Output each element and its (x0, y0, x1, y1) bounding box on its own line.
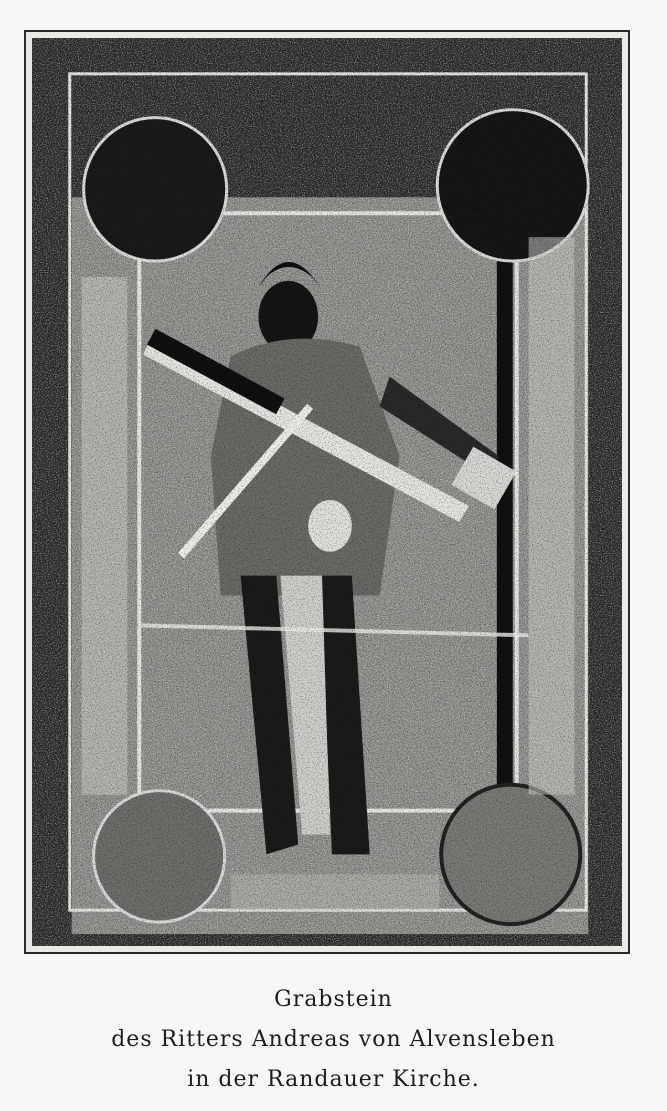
caption-title: Grabstein (0, 980, 667, 1020)
caption-subject: des Ritters Andreas von Alvensleben (0, 1020, 667, 1060)
figure-caption: Grabstein des Ritters Andreas von Alvens… (0, 980, 667, 1100)
caption-location: in der Randauer Kirche. (0, 1060, 667, 1100)
tombstone-engraving (32, 38, 622, 946)
tombstone-image-frame (24, 30, 630, 954)
knight-figure-illustration (32, 38, 622, 946)
